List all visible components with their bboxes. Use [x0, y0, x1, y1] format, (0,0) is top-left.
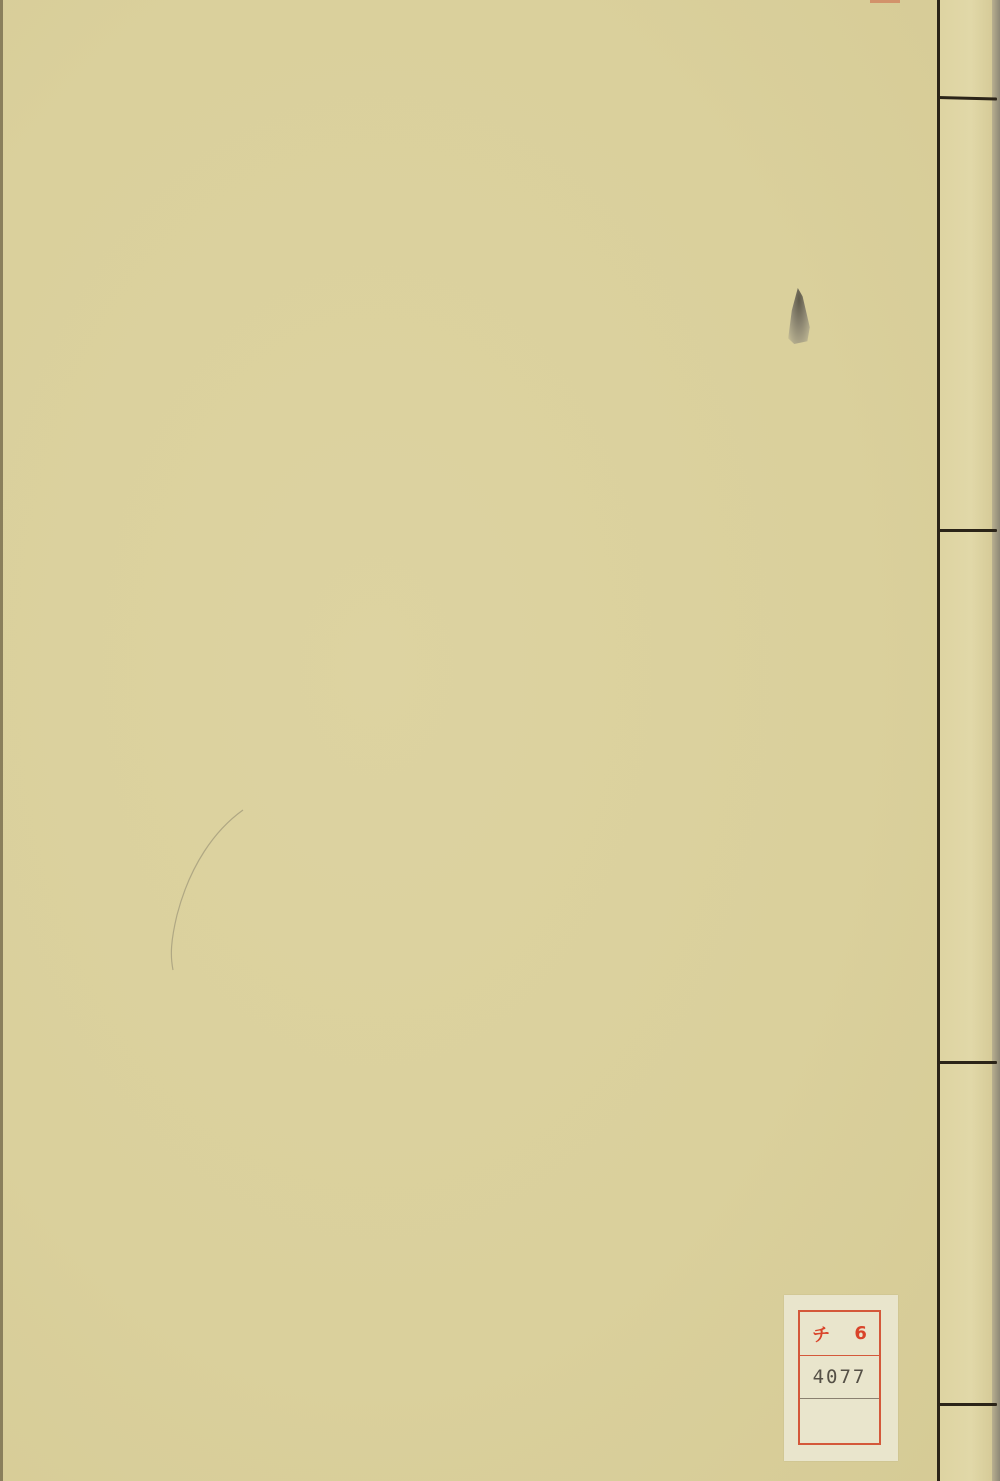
binding-stitch-2 [937, 529, 997, 532]
library-call-number-label: チ 6 4077 [784, 1295, 898, 1461]
cover-paper [3, 0, 937, 1481]
binding-stitch-4 [937, 1403, 997, 1406]
label-class-char: チ [812, 1321, 830, 1347]
faint-pencil-arc [165, 805, 255, 975]
label-class-row: チ 6 [800, 1312, 879, 1356]
label-accession-row: 4077 [800, 1355, 879, 1399]
binding-stitch-3 [937, 1061, 997, 1064]
spine-edge-shadow [992, 0, 1000, 1481]
label-blank-row [800, 1399, 879, 1445]
spine-strip [940, 0, 992, 1481]
label-frame: チ 6 4077 [798, 1310, 881, 1445]
book-back-cover-page: チ 6 4077 [0, 0, 1000, 1481]
label-accession-number: 4077 [813, 1366, 867, 1388]
top-edge-mark [870, 0, 900, 3]
label-class-number: 6 [854, 1323, 867, 1344]
